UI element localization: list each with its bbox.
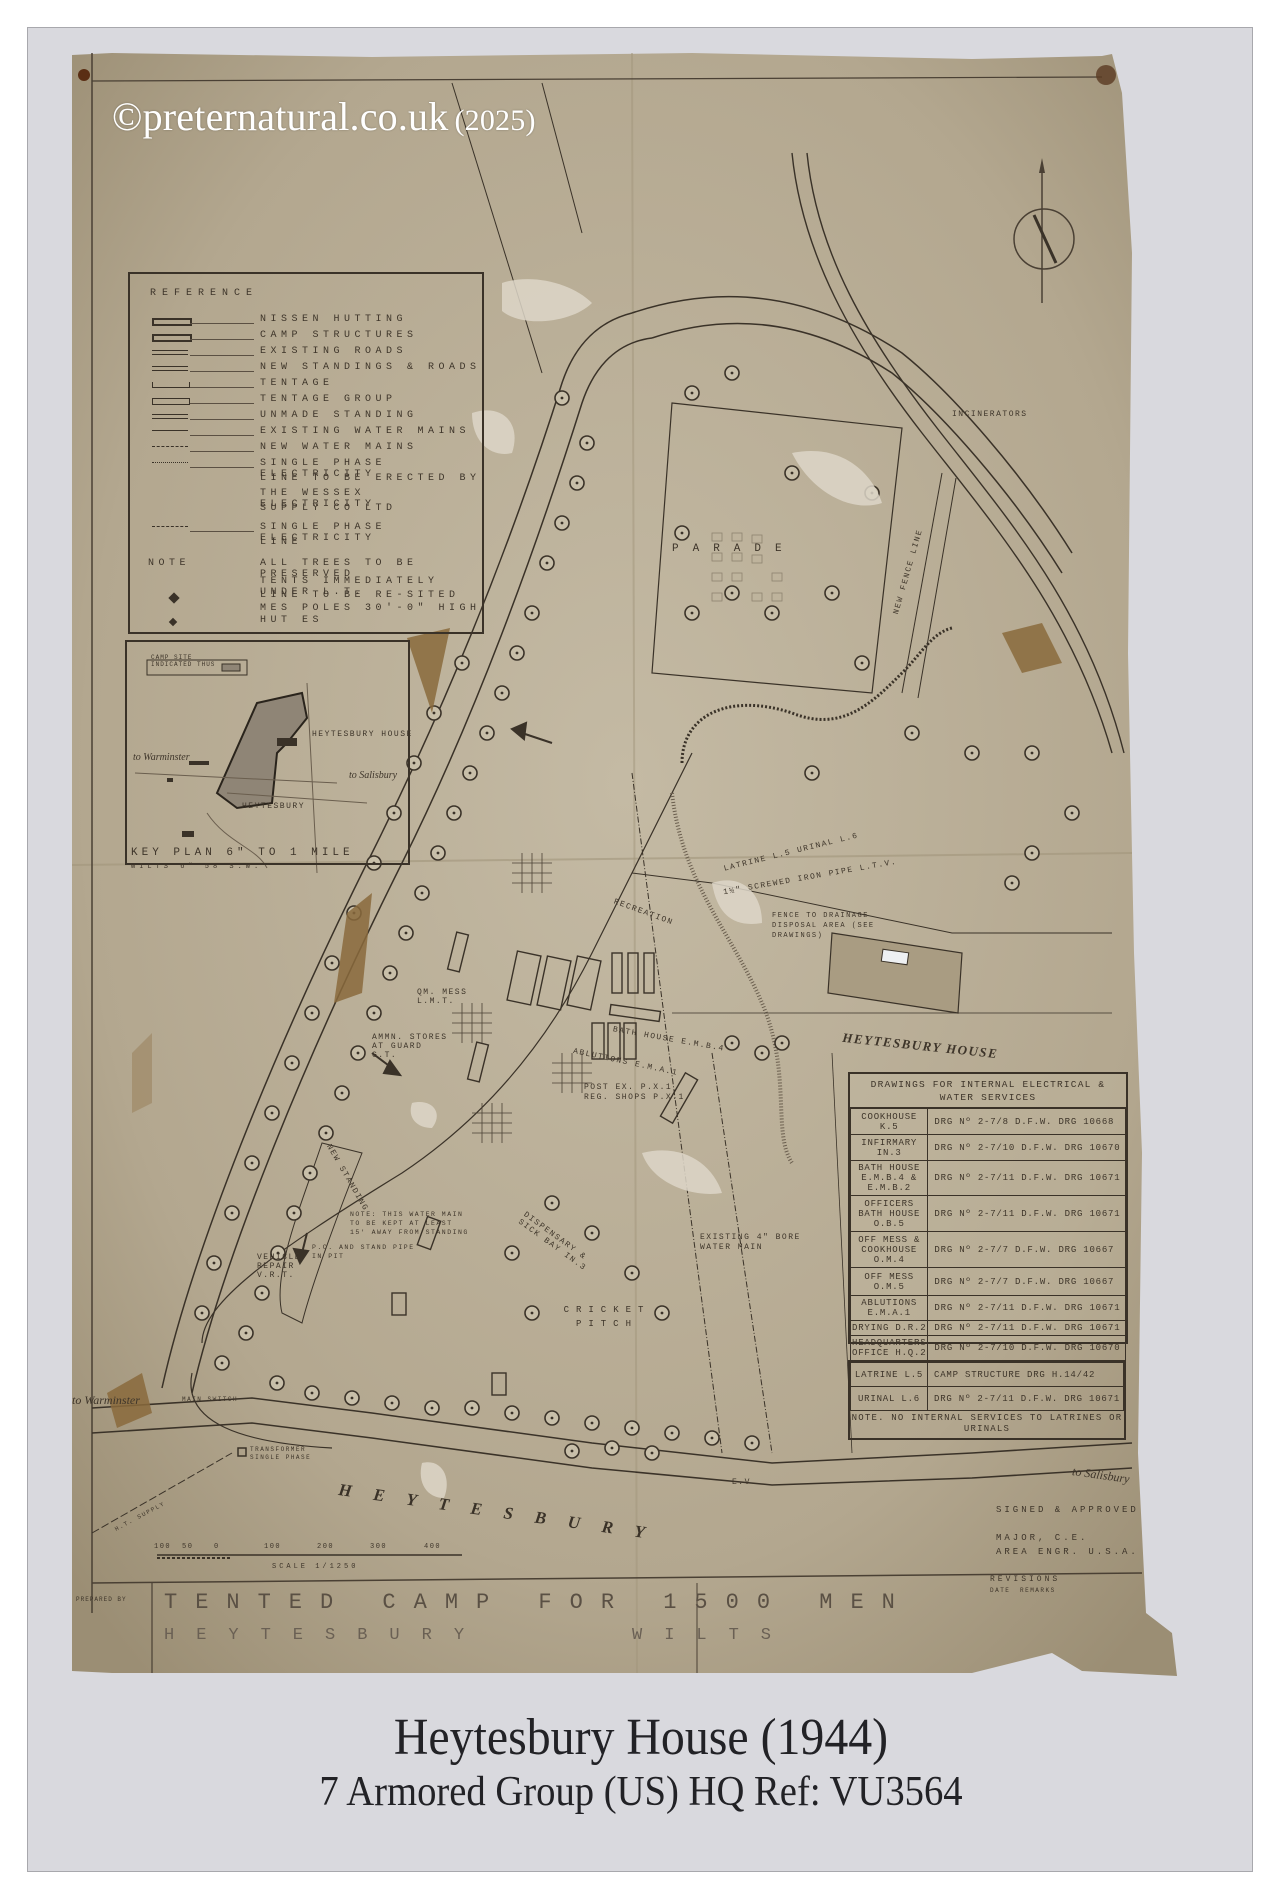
table-row: URINAL L.6DRG Nº 2-7/11 D.F.W. DRG 10671: [851, 1387, 1124, 1411]
legend-item: NEW WATER MAINS: [130, 442, 486, 457]
drawing-county: WILTS: [632, 1626, 793, 1645]
label-ammo-stores: AMMN. STORES AT GUARD G.T.: [372, 1033, 452, 1060]
legend-item-cont: THE WESSEX ELECTRICITY: [130, 488, 486, 503]
table-row: LATRINE L.5CAMP STRUCTURE DRG H.14/42: [851, 1363, 1124, 1387]
key-plan-scale-label: KEY PLAN 6" TO 1 MILE: [131, 847, 354, 859]
key-plan-inset: CAMP SITE INDICATED THUS HEYTESBURY HOUS…: [125, 640, 410, 865]
legend-note: TENTS IMMEDIATELY UNDER L.T.: [130, 576, 486, 591]
legend-item: TENTAGE GROUP: [130, 394, 486, 409]
legend-item: SINGLE PHASE ELECTRICITY: [130, 458, 486, 473]
key-plan-village-label: HEYTESBURY: [242, 802, 305, 811]
label-main-switch: MAIN SWITCH: [182, 1396, 238, 1403]
legend-item-cont: LINE TO BE ERECTED BY: [130, 473, 486, 488]
legend-item: UNMADE STANDING: [130, 410, 486, 425]
services-table: DRAWINGS FOR INTERNAL ELECTRICAL & WATER…: [848, 1072, 1128, 1344]
label-incinerators: INCINERATORS: [952, 410, 1028, 419]
table-row: INFIRMARY IN.3DRG Nº 2-7/10 D.F.W. DRG 1…: [851, 1135, 1126, 1161]
key-plan-to-salisbury: to Salisbury: [349, 770, 397, 781]
label-post-ex: POST EX. P.X.1: [584, 1083, 672, 1092]
table-row: OFFICERS BATH HOUSE O.B.5DRG Nº 2-7/11 D…: [851, 1196, 1126, 1232]
legend-box: REFERENCE NISSEN HUTTING CAMP STRUCTURES…: [128, 272, 484, 634]
label-pc-stand-pipe: P.C. AND STAND PIPE IN PIT: [312, 1243, 422, 1261]
legend-item-cont: LINE: [130, 537, 486, 552]
signed-approved-block: SIGNED & APPROVED MAJOR, C.E. AREA ENGR.…: [996, 1503, 1139, 1559]
drawing-location: HEYTESBURY: [164, 1626, 486, 1645]
legend-item: TENTAGE: [130, 378, 486, 393]
table-row: OFF MESS O.M.5DRG Nº 2-7/7 D.F.W. DRG 10…: [851, 1268, 1126, 1296]
label-to-warminster: to Warminster: [72, 1393, 140, 1408]
key-plan-sub-label: WILTS 6" 58 S.W.: [131, 863, 262, 871]
table-row: HEADQUARTERS OFFICE H.Q.2DRG Nº 2-7/10 D…: [851, 1336, 1126, 1361]
latrine-table-grid: LATRINE L.5CAMP STRUCTURE DRG H.14/42 UR…: [850, 1362, 1124, 1411]
label-fence-drainage: FENCE TO DRAINAGE DISPOSAL AREA (SEE DRA…: [772, 911, 912, 941]
label-cricket-pitch: CRICKET PITCH: [552, 1303, 662, 1331]
map-sheet: REFERENCE NISSEN HUTTING CAMP STRUCTURES…: [72, 53, 1177, 1676]
latrine-table: LATRINE L.5CAMP STRUCTURE DRG H.14/42 UR…: [848, 1360, 1126, 1440]
key-plan-house-label: HEYTESBURY HOUSE: [312, 730, 413, 739]
revisions-col-remarks: REMARKS: [1020, 1587, 1056, 1594]
label-ev: E.V.: [732, 1478, 757, 1487]
legend-heading: REFERENCE: [150, 288, 258, 299]
legend-item: NEW STANDINGS & ROADS: [130, 362, 486, 377]
legend-item: SINGLE PHASE ELECTRICITY: [130, 522, 486, 537]
table-row: OFF MESS & COOKHOUSE O.M.4DRG Nº 2-7/7 D…: [851, 1232, 1126, 1268]
legend-item-cont: SUPPLY CO LTD: [130, 503, 486, 518]
label-reg-shops: REG. SHOPS P.X.1: [584, 1093, 685, 1102]
scale-label: SCALE 1/1250: [272, 1563, 358, 1571]
label-water-main-note: NOTE: THIS WATER MAIN TO BE KEPT AT LEAS…: [350, 1210, 470, 1237]
prepared-by-label: PREPARED BY: [76, 1596, 127, 1603]
legend-item: EXISTING WATER MAINS: [130, 426, 486, 441]
label-parade: PARADE: [672, 543, 796, 555]
revisions-col-date: DATE: [990, 1587, 1010, 1594]
table-row: ABLUTIONS E.M.A.1DRG Nº 2-7/11 D.F.W. DR…: [851, 1296, 1126, 1321]
caption-title: Heytesbury House (1944): [51, 1708, 1230, 1767]
legend-item: EXISTING ROADS: [130, 346, 486, 361]
legend-item: NISSEN HUTTING: [130, 314, 486, 329]
table-row: BATH HOUSE E.M.B.4 & E.M.B.2DRG Nº 2-7/1…: [851, 1161, 1126, 1196]
caption-subtitle: 7 Armored Group (US) HQ Ref: VU3564: [51, 1768, 1230, 1816]
table-row: COOKHOUSE K.5DRG Nº 2-7/8 D.F.W. DRG 106…: [851, 1109, 1126, 1135]
label-existing-water-main: EXISTING 4" BORE WATER MAIN: [700, 1233, 810, 1253]
label-qm-mess: QM. MESS L.M.T.: [417, 988, 477, 1006]
revisions-label: REVISIONS: [990, 1575, 1060, 1584]
label-transformer: TRANSFORMER SINGLE PHASE: [250, 1446, 320, 1462]
legend-note: HUT ES: [130, 615, 486, 630]
latrine-table-note: NOTE. NO INTERNAL SERVICES TO LATRINES O…: [850, 1411, 1124, 1435]
legend-item: CAMP STRUCTURES: [130, 330, 486, 345]
key-plan-to-warminster: to Warminster: [133, 752, 190, 763]
services-table-grid: COOKHOUSE K.5DRG Nº 2-7/8 D.F.W. DRG 106…: [850, 1108, 1126, 1361]
table-row: DRYING D.R.2DRG Nº 2-7/11 D.F.W. DRG 106…: [851, 1321, 1126, 1336]
services-table-heading: DRAWINGS FOR INTERNAL ELECTRICAL & WATER…: [850, 1074, 1126, 1108]
drawing-title: TENTED CAMP FOR 1500 MEN: [164, 1590, 913, 1615]
copyright-watermark: ©preternatural.co.uk(2025): [112, 93, 536, 140]
legend-note: NOTEALL TREES TO BE PRESERVED: [130, 558, 486, 573]
key-plan-camp-site-label: CAMP SITE INDICATED THUS: [151, 654, 221, 668]
